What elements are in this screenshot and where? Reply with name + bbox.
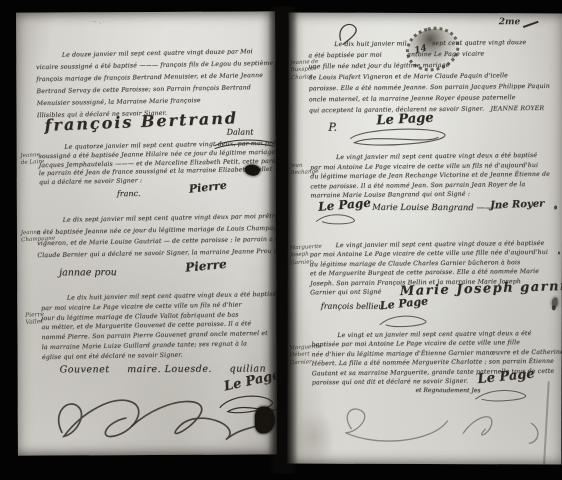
paraph-line bbox=[475, 390, 525, 401]
binding-gutter bbox=[268, 6, 298, 474]
signature-pierre: Pierre bbox=[188, 179, 227, 196]
flourish-curve bbox=[132, 401, 264, 440]
ink-smudge bbox=[552, 297, 558, 307]
signature-sub-note: et Regnaudement Jes bbox=[415, 387, 480, 394]
signature-row: Gouvenet maire. Louesde. quilian bbox=[60, 363, 267, 375]
oval-paraph bbox=[338, 125, 458, 151]
edge-speck bbox=[554, 205, 557, 209]
signature-le-page: Le Page bbox=[376, 111, 434, 129]
signature-le-page: Le Page bbox=[318, 196, 372, 214]
scanned-register-spread: · ~ ·, · Le douze janvier mil sept cent … bbox=[0, 0, 562, 480]
signature-francois-bellieu: françois bellieu bbox=[321, 302, 384, 311]
signature-side: Dalant bbox=[227, 128, 254, 137]
signature-franc: franc. bbox=[117, 189, 141, 198]
bottom-flourish bbox=[335, 403, 560, 456]
right-page: 2me 14 Jeanne de Buxspote Charlot Le dix… bbox=[287, 13, 562, 465]
paraph-line bbox=[380, 316, 426, 327]
signature-jean-royer: Jne Royer bbox=[490, 198, 545, 211]
baptism-record-2: Le quatorze janvier mil sept cent quatre… bbox=[38, 140, 277, 188]
signature-jeanne-prou: jannae prou bbox=[59, 267, 117, 278]
pen-stroke bbox=[523, 21, 539, 28]
edge-speck bbox=[558, 251, 560, 254]
paraph-line bbox=[316, 215, 354, 224]
signature-le-page: Le Page bbox=[379, 295, 428, 313]
page-number: 2me bbox=[499, 17, 521, 27]
baptism-record-3: Le dix sept janvier mil sept cent quatre… bbox=[37, 211, 277, 261]
pen-doodle-p: P. bbox=[328, 121, 337, 134]
baptism-record-4: Le dix huit janvier mil sept cent quatre… bbox=[41, 290, 277, 363]
corner-pen-mark: · ~ ·, · bbox=[90, 20, 104, 25]
signature-marie-louise-bangrand: Marie Louise Bangrand ——— bbox=[372, 203, 502, 213]
flourish-curve bbox=[529, 423, 538, 443]
small-paraph bbox=[374, 311, 434, 331]
flourish-curve bbox=[345, 409, 447, 441]
bottom-flourish bbox=[48, 391, 277, 454]
paraph-line bbox=[350, 129, 445, 145]
baptism-record-6: Le vingt janvier mil sept cent quatre vi… bbox=[310, 151, 556, 202]
left-page: · ~ ·, · Le douze janvier mil sept cent … bbox=[16, 11, 277, 455]
paper-stain bbox=[293, 411, 335, 463]
baptism-record-5: Le dix huit janvier mil sept cent quatre… bbox=[308, 37, 557, 117]
flourish-curve bbox=[59, 400, 139, 437]
flourish-curve bbox=[463, 417, 492, 435]
signature-pierre: Pierre bbox=[185, 257, 228, 275]
